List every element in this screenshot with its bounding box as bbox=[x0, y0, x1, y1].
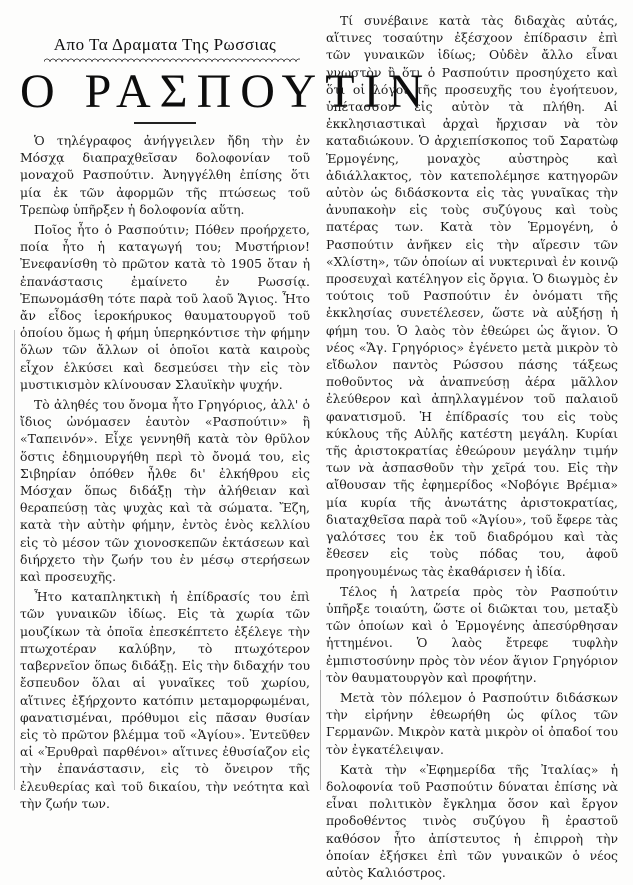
right-column-body: Τί συνέβαινε κατὰ τὰς διδαχὰς αὐτάς, αἵτ… bbox=[326, 12, 618, 881]
paragraph: Τὸ ἀληθές του ὄνομα ἦτο Γρηγόριος, ἀλλ' … bbox=[20, 396, 310, 585]
newspaper-clipping: Απο Τα Δραματα Της Ρωσσιας Ο ΡΑΣΠΟΥΤΙΝ Ὁ… bbox=[0, 0, 633, 885]
right-column: Τί συνέβαινε κατὰ τὰς διδαχὰς αὐτάς, αἵτ… bbox=[326, 0, 618, 881]
left-column-body: Ὁ τηλέγραφος ἀνήγγειλεν ἤδη τὴν ἐν Μόσχᾳ… bbox=[20, 132, 310, 812]
paragraph: Κατὰ τὴν «Ἐφημερίδα τῆς Ἰταλίας» ἡ δολοφ… bbox=[326, 761, 618, 881]
article-headline: Ο ΡΑΣΠΟΥΤΙΝ bbox=[20, 66, 310, 118]
paragraph: Τέλος ἡ λατρεία πρὸς τὸν Ρασπούτιν ὑπῆρξ… bbox=[326, 583, 618, 686]
headline-rule bbox=[134, 122, 196, 124]
kicker-wavy-underline bbox=[44, 56, 300, 62]
paragraph: Ἦτο καταπληκτικὴ ἡ ἐπίδρασίς του ἐπὶ τῶν… bbox=[20, 588, 310, 812]
paragraph: Ποῖος ἦτο ὁ Ρασπούτιν; Πόθεν προήρχετο, … bbox=[20, 221, 310, 393]
paragraph: Τί συνέβαινε κατὰ τὰς διδαχὰς αὐτάς, αἵτ… bbox=[326, 12, 618, 580]
paragraph: Μετὰ τὸν πόλεμον ὁ Ρασπούτιν διδάσκων τὴ… bbox=[326, 689, 618, 758]
column-edge-rule-left bbox=[14, 330, 15, 790]
column-edge-rule-right bbox=[320, 670, 321, 790]
left-column: Απο Τα Δραματα Της Ρωσσιας Ο ΡΑΣΠΟΥΤΙΝ Ὁ… bbox=[20, 0, 310, 812]
article-kicker: Απο Τα Δραματα Της Ρωσσιας bbox=[20, 36, 310, 54]
paragraph: Ὁ τηλέγραφος ἀνήγγειλεν ἤδη τὴν ἐν Μόσχᾳ… bbox=[20, 132, 310, 218]
